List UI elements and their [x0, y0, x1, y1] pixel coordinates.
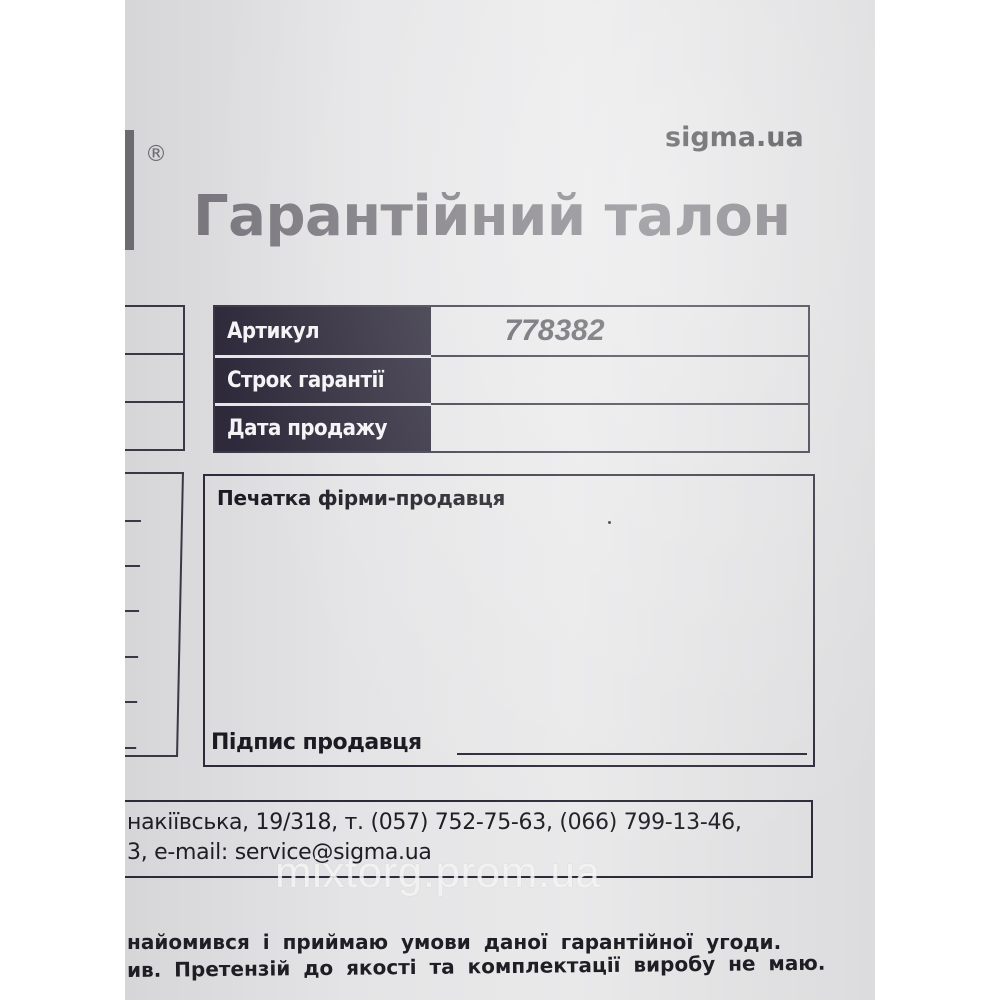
blank-line [125, 656, 138, 658]
registered-mark: ® [145, 142, 167, 167]
website-label: sigma.ua [665, 122, 804, 153]
left-table-fragment [125, 305, 185, 451]
agreement-line-1: найомився і приймаю умови даної гарантій… [127, 930, 781, 954]
info-row-warranty-period: Строк гарантії [215, 355, 808, 403]
agreement-line-2: ив. Претензій до якості та комплектації … [127, 951, 826, 982]
left-lines-fragment [125, 472, 184, 757]
info-label: Дата продажу [215, 403, 431, 451]
left-table-row [125, 355, 183, 403]
product-info-table: Артикул 778382 Строк гарантії Дата прода… [213, 305, 810, 453]
stamp-title: Печатка фірми-продавця [217, 486, 505, 510]
blank-line [125, 520, 141, 522]
blank-line [125, 610, 139, 612]
info-row-sale-date: Дата продажу [215, 403, 808, 451]
info-label: Строк гарантії [215, 355, 431, 403]
info-row-article: Артикул 778382 [215, 307, 808, 355]
info-value-field[interactable] [431, 403, 808, 451]
article-number: 778382 [504, 314, 604, 348]
logo-fragment [125, 130, 134, 250]
left-table-row [125, 307, 183, 355]
blank-line [125, 747, 136, 749]
blank-line [125, 701, 137, 703]
seller-stamp-box[interactable]: Печатка фірми-продавця Підпис продавця [203, 474, 815, 767]
signature-label: Підпис продавця [211, 730, 422, 755]
blank-line [125, 565, 140, 567]
left-table-row [125, 403, 183, 451]
paper-speck [608, 521, 611, 524]
warranty-card-photo: ® sigma.ua Гарантійний талон Артикул 778… [125, 0, 875, 1000]
watermark: mixtorg.prom.ua [275, 848, 600, 898]
info-label: Артикул [215, 307, 431, 355]
signature-line[interactable] [457, 753, 807, 755]
address-line-1: накіївська, 19/318, т. (057) 752-75-63, … [127, 810, 742, 835]
page-title: Гарантійний талон [193, 184, 791, 249]
info-value-field[interactable]: 778382 [431, 307, 808, 355]
info-value-field[interactable] [431, 355, 808, 403]
